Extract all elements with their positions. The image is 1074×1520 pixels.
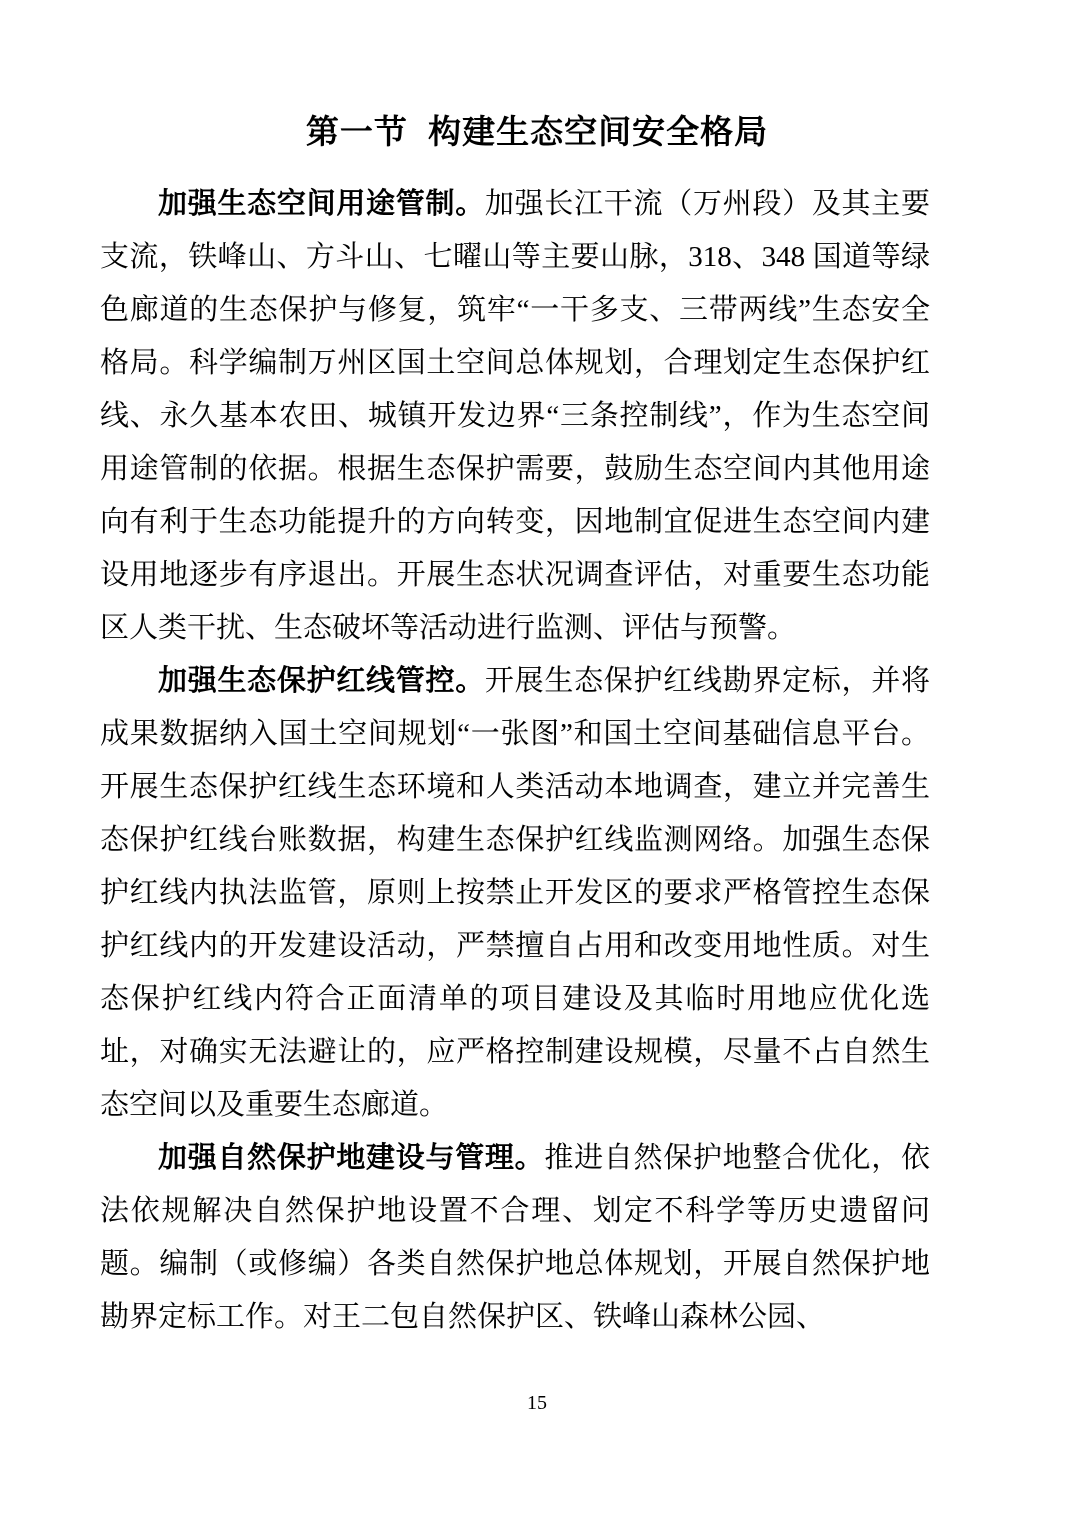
paragraph-lead: 加强自然保护地建设与管理。 [158,1142,544,1174]
paragraph-text: 开展生态保护红线勘界定标，并将成果数据纳入国土空间规划“一张图”和国土空间基础信… [100,665,930,1121]
paragraph-lead: 加强生态空间用途管制。 [158,188,485,220]
paragraph: 加强生态空间用途管制。加强长江干流（万州段）及其主要支流，铁峰山、方斗山、七曜山… [100,178,930,655]
document-page: 第一节 构建生态空间安全格局 加强生态空间用途管制。加强长江干流（万州段）及其主… [0,0,1074,1520]
section-title: 第一节 构建生态空间安全格局 [0,106,1074,153]
document-body: 加强生态空间用途管制。加强长江干流（万州段）及其主要支流，铁峰山、方斗山、七曜山… [100,178,930,1344]
paragraph-text: 加强长江干流（万州段）及其主要支流，铁峰山、方斗山、七曜山等主要山脉，318、3… [100,188,930,644]
paragraph-lead: 加强生态保护红线管控。 [158,665,485,697]
paragraph: 加强生态保护红线管控。开展生态保护红线勘界定标，并将成果数据纳入国土空间规划“一… [100,655,930,1132]
page-number: 15 [0,1392,1074,1415]
paragraph: 加强自然保护地建设与管理。推进自然保护地整合优化，依法依规解决自然保护地设置不合… [100,1132,930,1344]
